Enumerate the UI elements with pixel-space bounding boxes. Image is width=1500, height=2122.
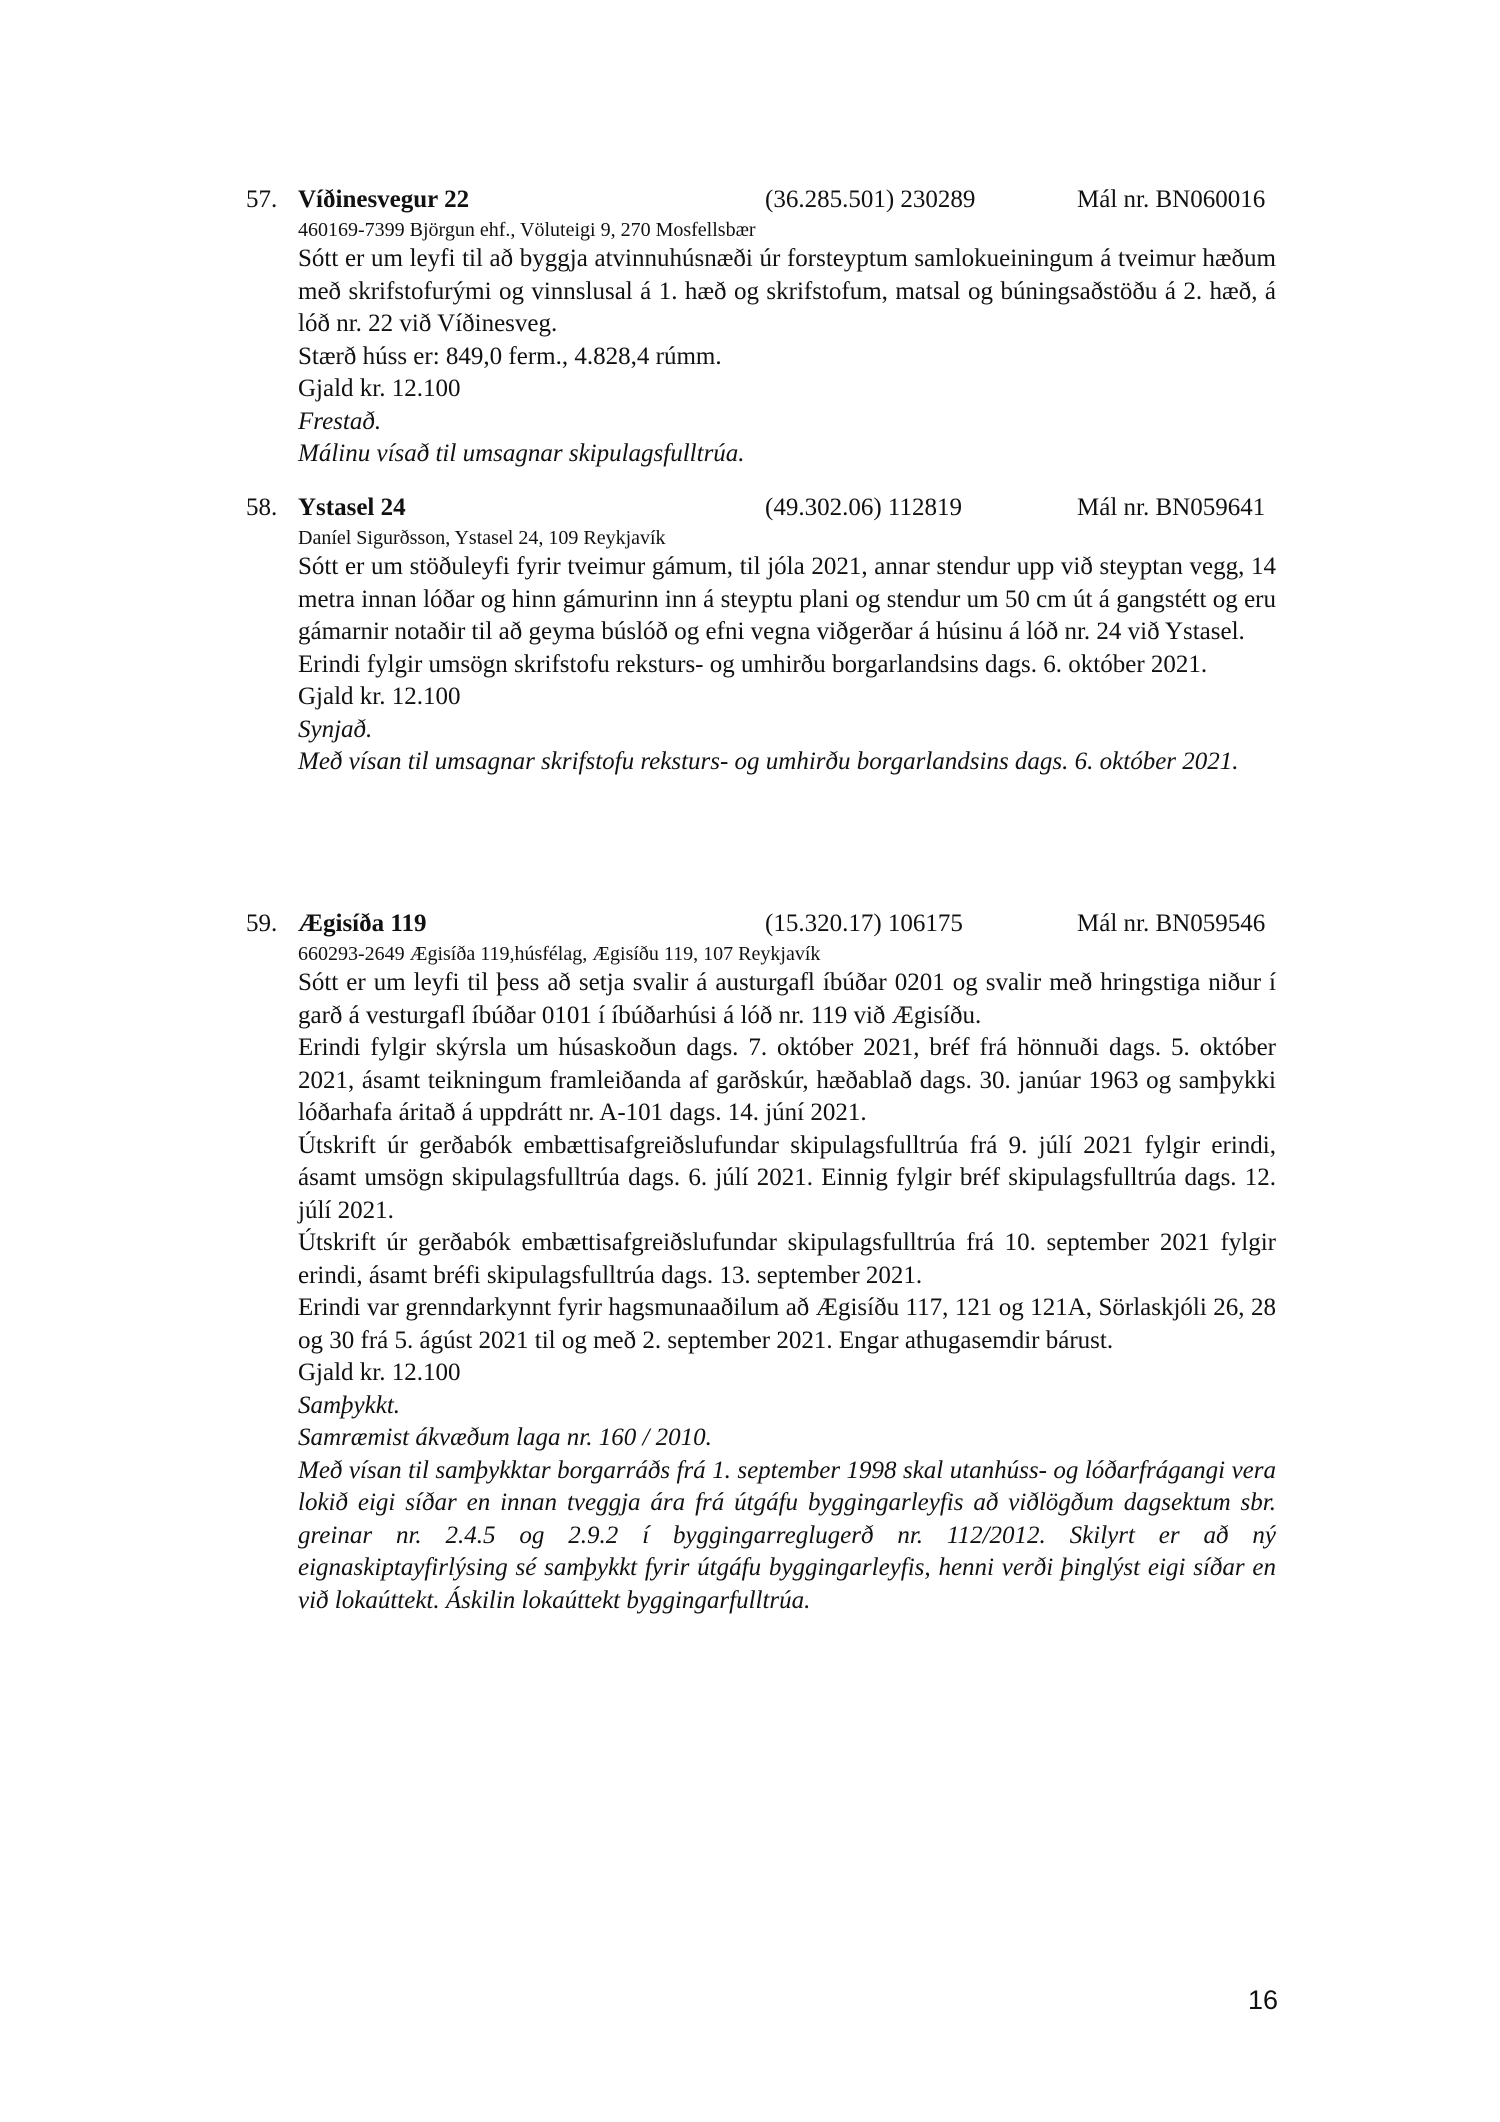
paragraph: Erindi var grenndarkynnt fyrir hagsmunaa… xyxy=(298,1292,1276,1357)
case-number-ref: Mál nr. BN059546 xyxy=(1077,907,1265,941)
decision: Frestað. xyxy=(298,406,1276,439)
case-header: 57. Víðinesvegur 22 (36.285.501) 230289 … xyxy=(246,183,1296,217)
decision: Synjað. xyxy=(298,714,1276,747)
applicant: 460169-7399 Björgun ehf., Völuteigi 9, 2… xyxy=(298,217,1276,243)
paragraph: Stærð húss er: 849,0 ferm., 4.828,4 rúmm… xyxy=(298,341,1276,374)
case-address: Víðinesvegur 22 xyxy=(298,183,469,217)
paragraph: Sótt er um stöðuleyfi fyrir tveimur gámu… xyxy=(298,551,1276,649)
page-number: 16 xyxy=(1248,1985,1278,2016)
case-number: 59. xyxy=(246,907,277,941)
decision: Samþykkt. xyxy=(298,1390,1276,1423)
paragraph: Útskrift úr gerðabók embættisafgreiðsluf… xyxy=(298,1227,1276,1292)
paragraph: Gjald kr. 12.100 xyxy=(298,681,1276,714)
decision-note: Samræmist ákvæðum laga nr. 160 / 2010. xyxy=(298,1422,1276,1455)
applicant: 660293-2649 Ægisíða 119,húsfélag, Ægisíð… xyxy=(298,941,1276,967)
case-number: 58. xyxy=(246,491,277,525)
case-header: 59. Ægisíða 119 (15.320.17) 106175 Mál n… xyxy=(246,907,1296,941)
case-number: 57. xyxy=(246,183,277,217)
case-parcel: (49.302.06) 112819 xyxy=(765,491,962,525)
decision-note: Með vísan til umsagnar skrifstofu rekstu… xyxy=(298,746,1276,779)
paragraph: Erindi fylgir umsögn skrifstofu reksturs… xyxy=(298,649,1276,682)
case-parcel: (36.285.501) 230289 xyxy=(765,183,975,217)
case-57: 57. Víðinesvegur 22 (36.285.501) 230289 … xyxy=(246,183,1296,471)
decision-note: Með vísan til samþykktar borgarráðs frá … xyxy=(298,1455,1276,1618)
case-address: Ægisíða 119 xyxy=(298,907,427,941)
paragraph: Gjald kr. 12.100 xyxy=(298,373,1276,406)
case-address: Ystasel 24 xyxy=(298,491,406,525)
case-58: 58. Ystasel 24 (49.302.06) 112819 Mál nr… xyxy=(246,491,1296,779)
case-header: 58. Ystasel 24 (49.302.06) 112819 Mál nr… xyxy=(246,491,1296,525)
case-number-ref: Mál nr. BN060016 xyxy=(1077,183,1265,217)
case-59: 59. Ægisíða 119 (15.320.17) 106175 Mál n… xyxy=(246,907,1296,1617)
case-body: Daníel Sigurðsson, Ystasel 24, 109 Reykj… xyxy=(298,525,1276,779)
paragraph: Útskrift úr gerðabók embættisafgreiðsluf… xyxy=(298,1130,1276,1228)
paragraph: Erindi fylgir skýrsla um húsaskoðun dags… xyxy=(298,1032,1276,1130)
paragraph: Sótt er um leyfi til að byggja atvinnuhú… xyxy=(298,243,1276,341)
case-parcel: (15.320.17) 106175 xyxy=(765,907,963,941)
decision-note: Málinu vísað til umsagnar skipulagsfullt… xyxy=(298,438,1276,471)
paragraph: Sótt er um leyfi til þess að setja svali… xyxy=(298,967,1276,1032)
paragraph: Gjald kr. 12.100 xyxy=(298,1357,1276,1390)
applicant: Daníel Sigurðsson, Ystasel 24, 109 Reykj… xyxy=(298,525,1276,551)
case-number-ref: Mál nr. BN059641 xyxy=(1077,491,1265,525)
case-body: 660293-2649 Ægisíða 119,húsfélag, Ægisíð… xyxy=(298,941,1276,1617)
case-body: 460169-7399 Björgun ehf., Völuteigi 9, 2… xyxy=(298,217,1276,471)
